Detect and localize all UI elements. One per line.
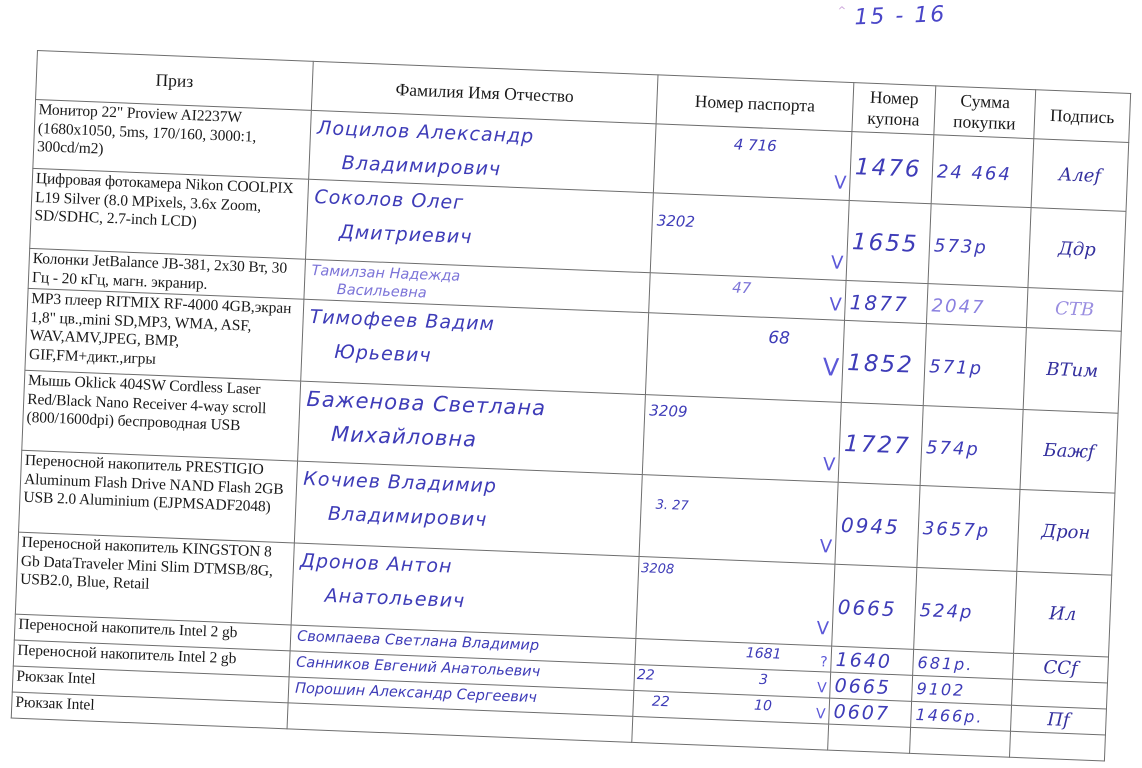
- handwritten-sum: 573р: [934, 231, 1026, 260]
- header-coupon: Номер купона: [852, 83, 936, 135]
- signature: Алеf: [1037, 163, 1124, 187]
- prize-cell: MP3 плеер RITMIX RF-4000 4GB,экран 1,8" …: [25, 288, 304, 381]
- sum-cell: 9102: [912, 675, 1013, 705]
- handwritten-sum: 571р: [929, 352, 1021, 381]
- coupon-cell: 0945: [835, 482, 920, 567]
- handwritten-coupon: 0665: [837, 592, 911, 621]
- passport-cell: 3209V: [642, 395, 841, 483]
- handwritten-passport: 3202: [656, 211, 695, 230]
- coupon-cell: 1877: [845, 280, 929, 323]
- handwritten-name: [292, 707, 295, 723]
- signature-cell: [1009, 731, 1105, 761]
- coupon-cell: 1727: [838, 402, 923, 485]
- handwritten-passport: 22 3: [637, 667, 769, 688]
- handwritten-coupon: 0607: [833, 700, 907, 725]
- prize-cell: Цифровая фотокамера Nikon COOLPIX L19 Si…: [30, 168, 309, 259]
- signature-cell: Ил: [1014, 571, 1112, 657]
- handwritten-coupon: [833, 737, 906, 740]
- signature-cell: Алеf: [1031, 139, 1129, 212]
- handwritten-passport: 22 10: [652, 694, 773, 715]
- sum-cell: 24 464: [931, 135, 1034, 208]
- signature: Бажf: [1026, 439, 1113, 463]
- signature-cell: ССf: [1013, 653, 1109, 683]
- handwritten-name: Баженова СветланаМихайловна: [303, 387, 640, 463]
- signature: Ил: [1019, 602, 1106, 626]
- header-signature: Подпись: [1034, 90, 1131, 143]
- signature: ВТим: [1029, 358, 1116, 382]
- signature: СТВ: [1031, 297, 1118, 321]
- coupon-cell: 1852: [841, 320, 926, 405]
- signature: Дрон: [1022, 520, 1109, 544]
- signature: [1014, 744, 1100, 747]
- signature: Пf: [1015, 708, 1102, 732]
- check-mark: V: [822, 353, 840, 382]
- handwritten-name: Порошин Александр Сергеевич: [293, 681, 537, 707]
- handwritten-sum: 681р.: [917, 653, 1009, 676]
- signature-cell: ВТим: [1023, 328, 1121, 414]
- handwritten-coupon: 1727: [844, 429, 918, 460]
- document-sheet: Приз Фамилия Имя Отчество Номер паспорта…: [11, 50, 1131, 761]
- handwritten-sum: 2047: [931, 291, 1023, 320]
- sum-cell: 681р.: [913, 649, 1014, 679]
- handwritten-coupon: 0945: [841, 510, 915, 539]
- passport-cell: 68V: [645, 313, 844, 403]
- handwritten-sum: 24 464: [937, 157, 1029, 186]
- header-sum: Сумма покупки: [934, 86, 1036, 139]
- handwritten-coupon: 1852: [847, 348, 921, 379]
- handwritten-name: Свомпаева Светлана Владимир: [295, 629, 540, 655]
- page-number-text: 15 - 16: [854, 2, 947, 30]
- check-mark: V: [834, 172, 847, 193]
- handwritten-name: Тимофеев ВадимЮрьевич: [306, 306, 643, 381]
- handwritten-passport: 68: [768, 328, 790, 349]
- handwritten-sum: 9102: [916, 679, 1008, 702]
- prize-cell: Переносной накопитель KINGSTON 8 Gb Data…: [15, 532, 294, 625]
- signature: ССf: [1017, 656, 1104, 680]
- coupon-cell: [828, 724, 911, 753]
- handwritten-sum: [915, 740, 1006, 744]
- coupon-cell: 0607: [829, 698, 912, 727]
- header-passport: Номер паспорта: [656, 75, 854, 132]
- check-mark: V: [816, 618, 829, 639]
- passport-cell: 3. 27V: [639, 475, 838, 565]
- prize-cell: Переносной накопитель PRESTIGIO Aluminum…: [19, 450, 298, 543]
- name-cell: Баженова СветланаМихайловна: [298, 381, 646, 474]
- sum-cell: 574р: [920, 406, 1023, 490]
- handwritten-coupon: 1476: [855, 152, 929, 183]
- handwritten-coupon: 0665: [834, 674, 908, 699]
- handwritten-coupon: 1655: [852, 227, 926, 258]
- sum-cell: 2047: [926, 284, 1027, 328]
- handwritten-sum: 574р: [926, 433, 1018, 462]
- check-mark: V: [817, 680, 827, 696]
- handwritten-passport: 47: [732, 278, 752, 297]
- signature-cell: Ддр: [1028, 208, 1126, 292]
- handwritten-name: Кочиев ВладимирВладимирович: [299, 468, 636, 543]
- handwritten-passport: 1681: [746, 645, 782, 662]
- check-mark: V: [816, 706, 826, 722]
- name-cell: Дронов АнтонАнатольевич: [291, 543, 639, 638]
- passport-cell: 3208V: [636, 557, 835, 647]
- prize-cell: Мышь Oklick 404SW Cordless Laser Red/Bla…: [22, 370, 301, 461]
- coupon-cell: 1476: [849, 132, 934, 204]
- handwritten-name: Дронов АнтонАнатольевич: [296, 550, 633, 625]
- check-mark: V: [819, 536, 832, 557]
- handwritten-name: Соколов ОлегДмитриевич: [310, 186, 647, 261]
- handwritten-passport: 4 716: [733, 135, 777, 155]
- check-mark: V: [823, 454, 836, 475]
- name-cell: Соколов ОлегДмитриевич: [305, 179, 653, 272]
- prize-award-table: Приз Фамилия Имя Отчество Номер паспорта…: [11, 50, 1131, 761]
- sum-cell: 573р: [928, 204, 1031, 288]
- stray-mark-icon: ^: [838, 6, 849, 17]
- name-cell: Кочиев ВладимирВладимирович: [294, 461, 642, 556]
- handwritten-coupon: 1877: [849, 288, 923, 317]
- passport-cell: 4 716V: [653, 124, 852, 201]
- check-mark: ?: [820, 654, 828, 670]
- signature: [1017, 692, 1103, 695]
- handwritten-sum: 1466р.: [915, 705, 1007, 728]
- sum-cell: 571р: [923, 324, 1026, 410]
- handwritten-coupon: 1640: [835, 648, 909, 673]
- sum-cell: 524р: [914, 567, 1017, 653]
- passport-cell: 3202V: [650, 193, 849, 281]
- signature-cell: [1012, 679, 1108, 709]
- prize-cell: Монитор 22" Proview AI2237W (1680x1050, …: [33, 99, 311, 179]
- signature-cell: Дрон: [1017, 489, 1115, 575]
- handwritten-name: Санников Евгений Анатольевич: [294, 655, 541, 681]
- coupon-cell: 1655: [846, 201, 931, 284]
- sum-cell: 3657р: [917, 486, 1020, 572]
- page-number: ^15 - 16: [838, 2, 947, 31]
- handwritten-passport: 3208: [641, 561, 675, 577]
- coupon-cell: 0665: [832, 564, 917, 649]
- signature-cell: Пf: [1011, 705, 1107, 735]
- handwritten-passport: 3. 27: [655, 498, 689, 514]
- coupon-cell: 1640: [831, 646, 914, 675]
- check-mark: V: [831, 252, 844, 273]
- signature-cell: Бажf: [1020, 409, 1118, 493]
- handwritten-passport: 3209: [649, 401, 688, 420]
- handwritten-sum: 524р: [919, 596, 1011, 625]
- sum-cell: 1466р.: [911, 701, 1012, 731]
- handwritten-sum: 3657р: [922, 514, 1014, 543]
- name-cell: Тимофеев ВадимЮрьевич: [301, 299, 649, 394]
- check-mark: V: [829, 294, 842, 315]
- coupon-cell: 0665: [830, 672, 913, 701]
- signature: Ддр: [1034, 237, 1121, 261]
- sum-cell: [910, 727, 1011, 757]
- signature-cell: СТВ: [1026, 288, 1122, 332]
